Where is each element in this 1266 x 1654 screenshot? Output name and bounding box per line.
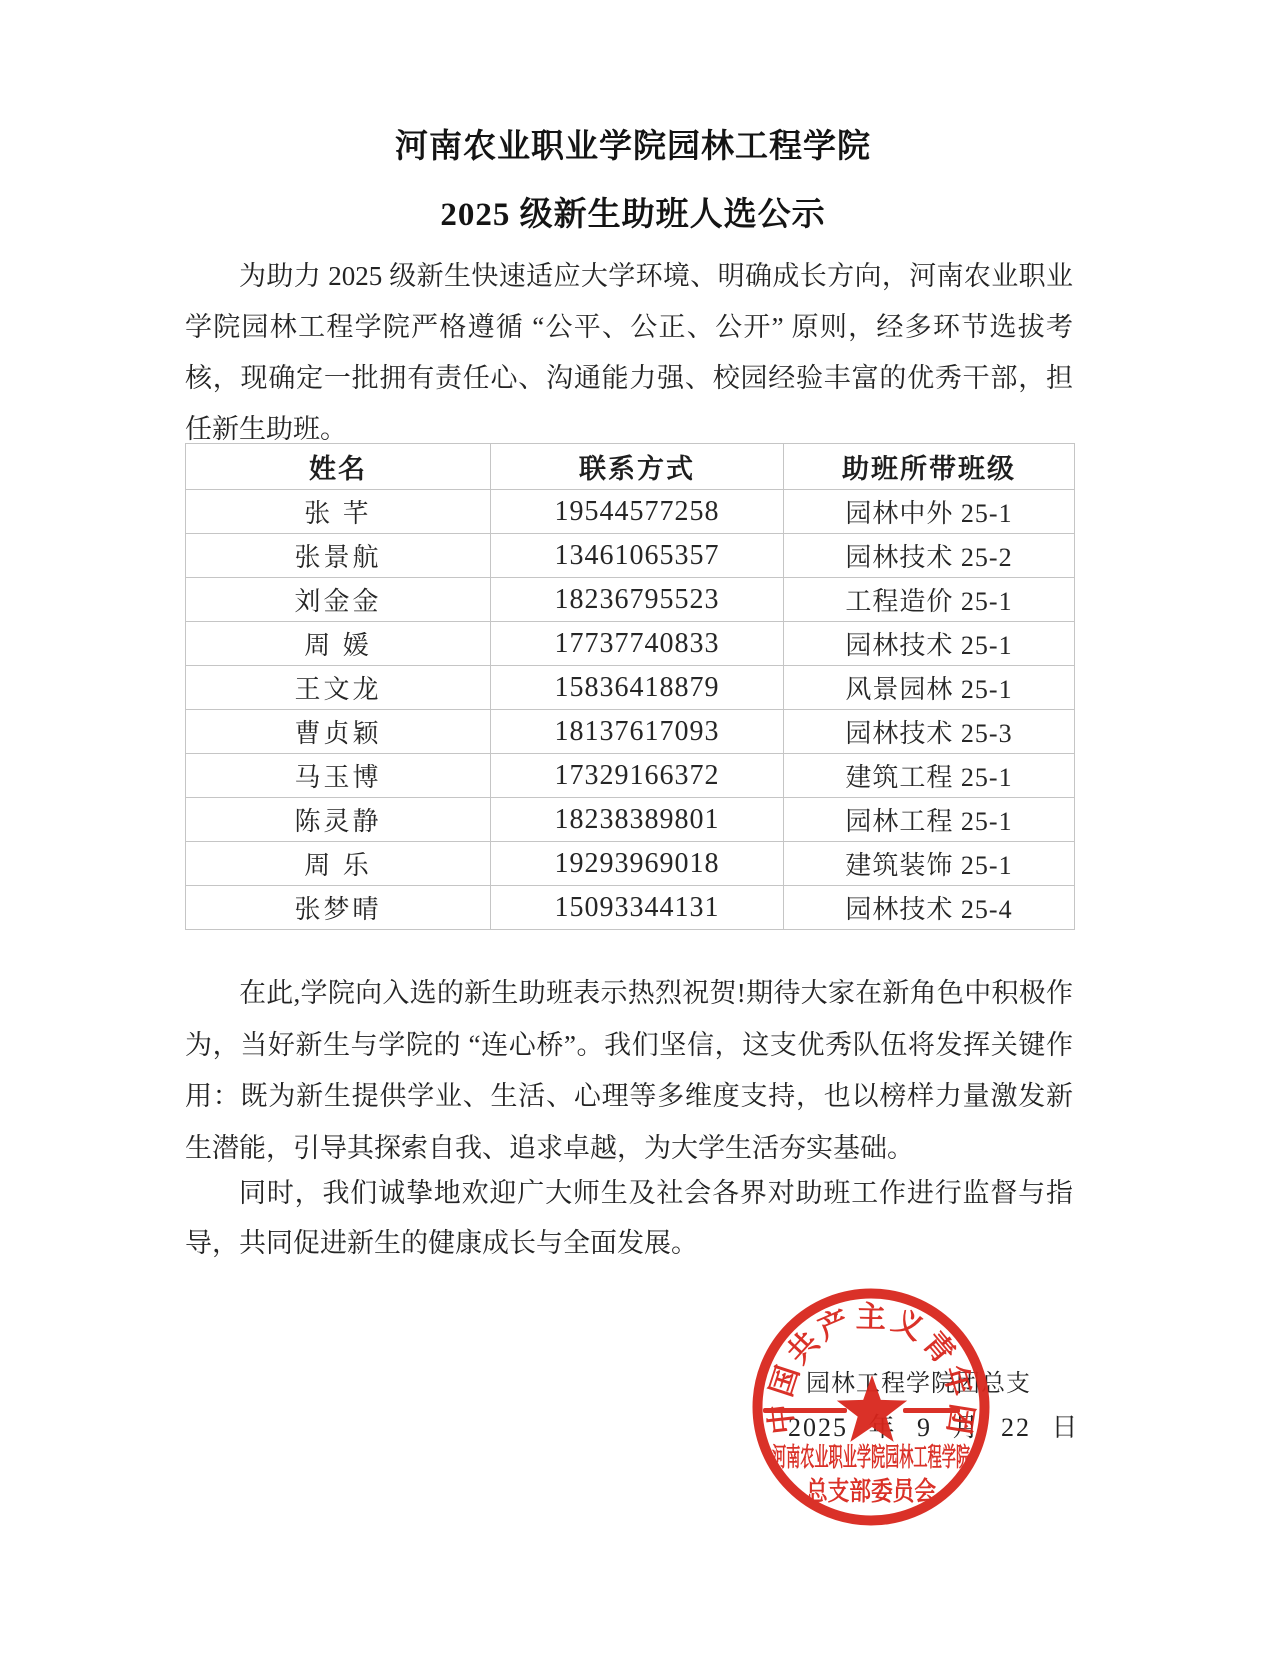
name-cell: 周 媛 [186, 622, 491, 666]
table-row: 周 媛 17737740833 园林技术 25-1 [186, 622, 1075, 666]
class-cell: 园林技术 25-3 [784, 710, 1075, 754]
name-cell: 马玉博 [186, 754, 491, 798]
table-row: 周 乐 19293969018 建筑装饰 25-1 [186, 842, 1075, 886]
table-row: 张 芊 19544577258 园林中外 25-1 [186, 490, 1075, 534]
class-cell: 工程造价 25-1 [784, 578, 1075, 622]
header-class: 助班所带班级 [784, 444, 1075, 490]
congrats-paragraph: 在此,学院向入选的新生助班表示热烈祝贺!期待大家在新角色中积极作为，当好新生与学… [185, 968, 1073, 1174]
phone-cell: 15093344131 [491, 886, 784, 930]
stamp-star-icon [837, 1375, 907, 1442]
class-cell: 建筑装饰 25-1 [784, 842, 1075, 886]
document-title-line1: 河南农业职业学院园林工程学院 [0, 120, 1266, 167]
name-cell: 张景航 [186, 534, 491, 578]
phone-cell: 18236795523 [491, 578, 784, 622]
class-cell: 园林中外 25-1 [784, 490, 1075, 534]
assistants-table: 姓名 联系方式 助班所带班级 张 芊 19544577258 园林中外 25-1… [185, 443, 1074, 930]
phone-cell: 19544577258 [491, 490, 784, 534]
date-strike-line [763, 1408, 847, 1413]
table-row: 马玉博 17329166372 建筑工程 25-1 [186, 754, 1075, 798]
class-cell: 建筑工程 25-1 [784, 754, 1075, 798]
phone-cell: 18238389801 [491, 798, 784, 842]
class-cell: 园林工程 25-1 [784, 798, 1075, 842]
name-cell: 张梦晴 [186, 886, 491, 930]
table-row: 张梦晴 15093344131 园林技术 25-4 [186, 886, 1075, 930]
document-title-line2: 2025 级新生助班人选公示 [0, 188, 1266, 235]
name-cell: 刘金金 [186, 578, 491, 622]
class-cell: 园林技术 25-1 [784, 622, 1075, 666]
name-cell: 张 芊 [186, 490, 491, 534]
intro-paragraph: 为助力 2025 级新生快速适应大学环境、明确成长方向，河南农业职业学院园林工程… [185, 251, 1073, 455]
phone-cell: 17737740833 [491, 622, 784, 666]
name-cell: 周 乐 [186, 842, 491, 886]
phone-cell: 18137617093 [491, 710, 784, 754]
table-row: 王文龙 15836418879 风景园林 25-1 [186, 666, 1075, 710]
phone-cell: 15836418879 [491, 666, 784, 710]
name-cell: 陈灵静 [186, 798, 491, 842]
table-row: 曹贞颖 18137617093 园林技术 25-3 [186, 710, 1075, 754]
table-row: 刘金金 18236795523 工程造价 25-1 [186, 578, 1075, 622]
stamp-inner-line2: 总支部委员会 [806, 1476, 936, 1506]
phone-cell: 17329166372 [491, 754, 784, 798]
official-stamp: 中国共产主义青年团 河南农业职业学院园林工程学院 总支部委员会 [736, 1272, 1006, 1542]
name-cell: 王文龙 [186, 666, 491, 710]
name-cell: 曹贞颖 [186, 710, 491, 754]
supervision-paragraph: 同时，我们诚挚地欢迎广大师生及社会各界对助班工作进行监督与指导，共同促进新生的健… [185, 1168, 1073, 1268]
class-cell: 园林技术 25-4 [784, 886, 1075, 930]
header-name: 姓名 [186, 444, 491, 490]
table-row: 张景航 13461065357 园林技术 25-2 [186, 534, 1075, 578]
header-contact: 联系方式 [491, 444, 784, 490]
phone-cell: 13461065357 [491, 534, 784, 578]
table-header-row: 姓名 联系方式 助班所带班级 [186, 444, 1075, 490]
document-page: 河南农业职业学院园林工程学院 2025 级新生助班人选公示 为助力 2025 级… [0, 0, 1266, 1654]
stamp-inner-line1: 河南农业职业学院园林工程学院 [772, 1442, 970, 1472]
class-cell: 园林技术 25-2 [784, 534, 1075, 578]
date-strike-line [903, 1408, 960, 1413]
phone-cell: 19293969018 [491, 842, 784, 886]
table-row: 陈灵静 18238389801 园林工程 25-1 [186, 798, 1075, 842]
class-cell: 风景园林 25-1 [784, 666, 1075, 710]
